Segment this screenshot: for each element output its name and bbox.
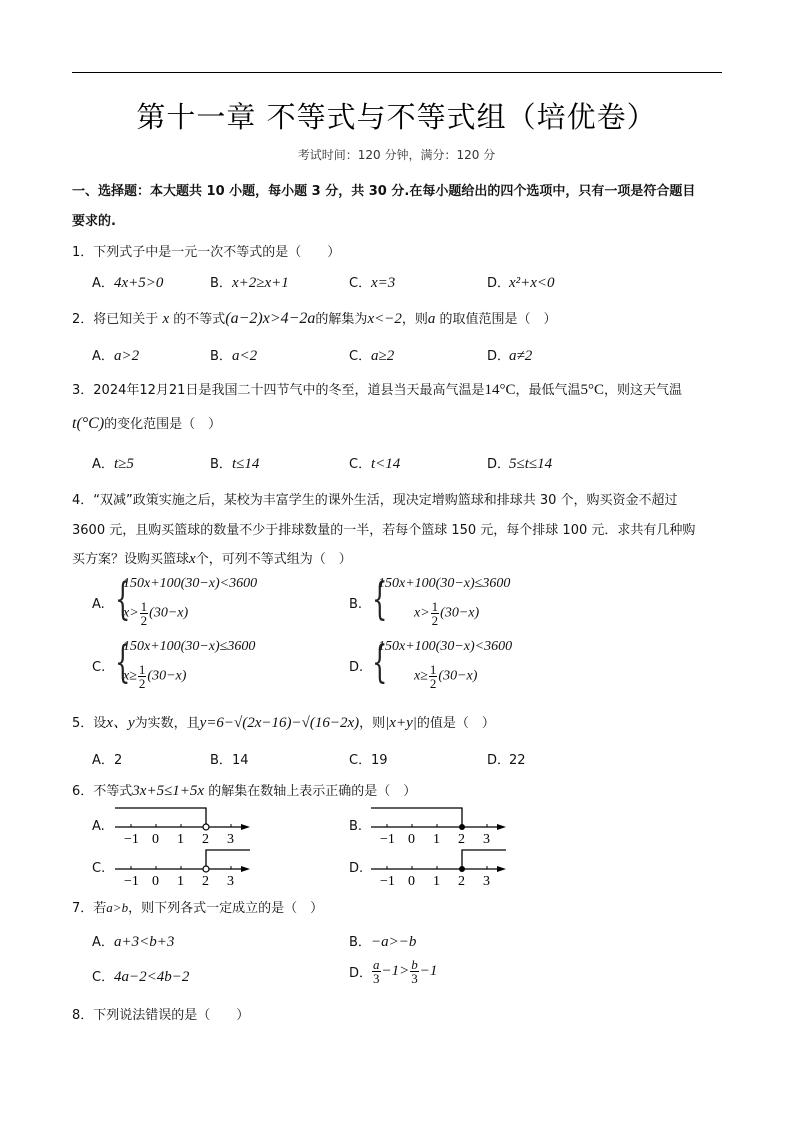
option-text: t<14 [371,456,400,472]
option-text: a≠2 [509,348,532,364]
q4-option-c[interactable]: { 150x+100(30−x)≤3600 x≥12(30−x) [115,638,315,693]
q2-option-c[interactable]: C．a≥2 [349,345,394,365]
option-label: B． [210,345,232,364]
inequality-2: x≥12(30−x) [123,663,186,690]
svg-text:0: 0 [408,832,415,845]
math-expr: 14°C [484,382,515,398]
option-label: C． [349,272,371,291]
open-circle-icon [203,824,209,830]
option-text: a>2 [114,348,139,364]
math-expr: a>b [106,900,128,915]
exam-info: 考试时间：120 分钟，满分：120 分 [0,146,793,163]
question-number: 1． [72,245,93,260]
question-8: 8．下列说法错误的是（ ） [72,1004,249,1023]
stem-text: 个，可列不等式组为（ ） [196,552,352,567]
math-var: x [189,551,196,567]
q6-option-d-label[interactable]: D. [349,861,363,876]
svg-text:3: 3 [483,832,490,845]
q5-option-c[interactable]: C．19 [349,749,388,768]
option-text: 4x+5>0 [114,275,163,291]
option-text: 22 [509,753,526,768]
option-label: D． [487,749,509,768]
svg-text:−1: −1 [380,832,395,845]
option-text: t≤14 [232,456,259,472]
stem-text: ，则 [359,716,385,731]
option-label: D． [349,962,371,981]
question-7: 7．若a>b，则下列各式一定成立的是（ ） [72,897,323,916]
stem-text: 设 [93,716,106,731]
stem-text: 买方案？设购买篮球 [72,552,189,567]
option-text: a≥2 [371,348,394,364]
question-2: 2．将已知关于 x 的不等式(a−2)x>4−2a的解集为x<−2，则a 的取值… [72,308,557,328]
q7-option-c[interactable]: C．4a−2<4b−2 [92,966,189,986]
option-text: 19 [371,753,388,768]
math-expr: x<−2 [367,311,401,327]
section-heading-line1: 一、选择题：本大题共 10 小题，每小题 3 分，共 30 分.在每小题给出的四… [72,180,695,199]
option-label: A． [92,453,114,472]
math-expr: |x+y| [385,715,417,731]
q6-option-c-label[interactable]: C. [92,861,105,876]
stem-text: 的取值范围是（ ） [440,312,557,327]
question-3: 3．2024年12月21日是我国二十四节气中的冬至，道县当天最高气温是14°C，… [72,379,682,399]
fraction: 12 [140,600,149,627]
svg-text:1: 1 [177,874,184,887]
fraction: 12 [429,663,438,690]
stem-text: 将已知关于 [93,312,158,327]
svg-text:2: 2 [458,874,465,887]
header-rule [72,72,722,73]
closed-dot-icon [459,824,465,830]
fraction: 12 [138,663,147,690]
question-number: 5． [72,716,93,731]
question-number: 3． [72,383,93,398]
q6-option-b-numberline[interactable]: −10123 [366,805,516,845]
q2-option-b[interactable]: B．a<2 [210,345,257,365]
svg-text:2: 2 [202,874,209,887]
stem-text: 2024年12月21日是我国二十四节气中的冬至，道县当天最高气温是 [93,383,484,398]
math-expr: t(°C) [72,415,104,432]
inequality-2: x>12(30−x) [123,600,188,627]
q6-option-d-numberline[interactable]: −10123 [366,847,516,887]
q1-option-d[interactable]: D．x²+x<0 [487,272,555,292]
q6-option-b-label[interactable]: B. [349,819,362,834]
inequality-1: 150x+100(30−x)≤3600 [123,639,255,655]
q4-option-a[interactable]: { 150x+100(30−x)<3600 x>12(30−x) [115,575,315,630]
inequality-1: 150x+100(30−x)<3600 [123,576,257,592]
svg-text:0: 0 [152,832,159,845]
option-label: B． [349,931,371,950]
section-heading-line2: 要求的. [72,210,116,229]
q7-option-d[interactable]: D．a3−1>b3−1 [349,958,437,985]
math-expr: 3x+5≤1+5x [132,783,204,799]
svg-text:2: 2 [458,832,465,845]
q7-option-b[interactable]: B．−a>−b [349,931,416,951]
open-circle-icon [203,866,209,872]
q5-option-a[interactable]: A．2 [92,749,122,768]
option-text: −a>−b [371,934,416,950]
option-label: C． [349,345,371,364]
question-4: 4．“双减”政策实施之后，某校为丰富学生的课外生活，现决定增购篮球和排球共 30… [72,489,678,508]
stem-text: ，则 [402,312,428,327]
q6-option-a-numberline[interactable]: −10123 [110,805,260,845]
question-stem: 下列式子中是一元一次不等式的是（ ） [93,245,340,260]
question-number: 6． [72,784,93,799]
q4-option-d[interactable]: { 150x+100(30−x)<3600 x≥12(30−x) [372,638,572,693]
stem-text: 的不等式 [173,312,225,327]
svg-text:−1: −1 [124,832,139,845]
svg-text:0: 0 [152,874,159,887]
option-label: C． [349,749,371,768]
q2-option-d[interactable]: D．a≠2 [487,345,532,365]
inequality-2: x>12(30−x) [414,600,479,627]
q3-option-b[interactable]: B．t≤14 [210,453,259,473]
option-text: x=3 [371,275,395,291]
stem-text: ，则下列各式一定成立的是（ ） [128,901,323,916]
q1-option-c[interactable]: C．x=3 [349,272,395,292]
math-var: a [428,311,436,327]
svg-text:1: 1 [177,832,184,845]
q5-option-d[interactable]: D．22 [487,749,526,768]
stem-text: “双减”政策实施之后，某校为丰富学生的课外生活，现决定增购篮球和排球共 30 个… [93,493,677,508]
q6-option-a-label[interactable]: A. [92,819,105,834]
q4-option-b-label[interactable]: B. [349,597,362,612]
arrow-icon [241,866,250,872]
math-expr: 5°C [580,382,604,398]
svg-text:3: 3 [227,832,234,845]
question-number: 2． [72,312,93,327]
svg-text:1: 1 [433,832,440,845]
question-4-line2: 3600 元，且购买篮球的数量不少于排球数量的一半，若每个篮球 150 元，每个… [72,519,695,538]
q6-option-c-numberline[interactable]: −10123 [110,847,260,887]
page-title: 第十一章 不等式与不等式组（培优卷） [0,95,793,136]
fraction: 12 [431,600,440,627]
svg-text:3: 3 [483,874,490,887]
option-text: 2 [114,753,122,768]
stem-text: 为实数，且 [135,716,200,731]
q5-option-b[interactable]: B．14 [210,749,249,768]
question-number: 7． [72,901,93,916]
option-text: t≥5 [114,456,134,472]
question-4-line3: 买方案？设购买篮球x个，可列不等式组为（ ） [72,548,352,568]
option-text: a+3<b+3 [114,934,174,950]
math-var: x [162,311,169,327]
option-label: A． [92,272,114,291]
svg-text:0: 0 [408,874,415,887]
stem-text: 的值是（ ） [417,716,495,731]
q4-option-c-label[interactable]: C. [92,660,105,675]
arrow-icon [497,824,506,830]
option-text: 4a−2<4b−2 [114,969,189,985]
q1-option-a[interactable]: A．4x+5>0 [92,272,163,292]
q4-option-b[interactable]: { 150x+100(30−x)≤3600 x>12(30−x) [372,575,572,630]
stem-text: 若 [93,901,106,916]
inequality-1: 150x+100(30−x)<3600 [378,639,512,655]
svg-text:2: 2 [202,832,209,845]
question-1: 1．下列式子中是一元一次不等式的是（ ） [72,241,340,260]
option-label: D． [487,345,509,364]
q1-option-b[interactable]: B．x+2≥x+1 [210,272,289,292]
question-5: 5．设x、y为实数，且y=6−√(2x−16)−√(16−2x)，则|x+y|的… [72,711,495,732]
q3-option-c[interactable]: C．t<14 [349,453,400,473]
math-expr: y=6−√(2x−16)−√(16−2x) [200,715,360,731]
closed-dot-icon [459,866,465,872]
arrow-icon [241,824,250,830]
option-label: B． [210,453,232,472]
stem-text: 的变化范围是（ ） [104,417,221,432]
question-number: 4． [72,493,93,508]
stem-text: ，则这天气温 [604,383,682,398]
option-label: B． [210,749,232,768]
stem-text: 的解集在数轴上表示正确的是（ ） [208,784,416,799]
option-label: A． [92,749,114,768]
svg-text:1: 1 [433,874,440,887]
option-text: 5≤t≤14 [509,456,552,472]
option-label: A． [92,345,114,364]
q3-option-a[interactable]: A．t≥5 [92,453,134,473]
q2-option-a[interactable]: A．a>2 [92,345,139,365]
question-6: 6．不等式3x+5≤1+5x 的解集在数轴上表示正确的是（ ） [72,780,416,800]
option-label: A． [92,931,114,950]
option-label: D． [487,453,509,472]
stem-text: 的解集为 [315,312,367,327]
stem-text: 不等式 [93,784,132,799]
question-stem: 下列说法错误的是（ ） [93,1008,249,1023]
stem-text: ，最低气温 [515,383,580,398]
q4-option-d-label[interactable]: D. [349,660,363,675]
inequality-2: x≥12(30−x) [414,663,477,690]
option-label: D． [487,272,509,291]
option-text: a<2 [232,348,257,364]
q3-option-d[interactable]: D．5≤t≤14 [487,453,552,473]
question-3-line2: t(°C)的变化范围是（ ） [72,413,221,433]
math-var: x、y [106,715,134,731]
svg-text:−1: −1 [124,874,139,887]
math-expr: (a−2)x>4−2a [225,310,315,327]
option-text: a3−1>b3−1 [371,963,437,979]
option-label: C． [92,966,114,985]
arrow-icon [497,866,506,872]
option-label: B． [210,272,232,291]
option-text: x+2≥x+1 [232,275,289,291]
svg-text:−1: −1 [380,874,395,887]
option-text: 14 [232,753,249,768]
option-label: C． [349,453,371,472]
q4-option-a-label[interactable]: A. [92,597,105,612]
inequality-1: 150x+100(30−x)≤3600 [378,576,510,592]
q7-option-a[interactable]: A．a+3<b+3 [92,931,174,951]
option-text: x²+x<0 [509,275,555,291]
svg-text:3: 3 [227,874,234,887]
question-number: 8． [72,1008,93,1023]
